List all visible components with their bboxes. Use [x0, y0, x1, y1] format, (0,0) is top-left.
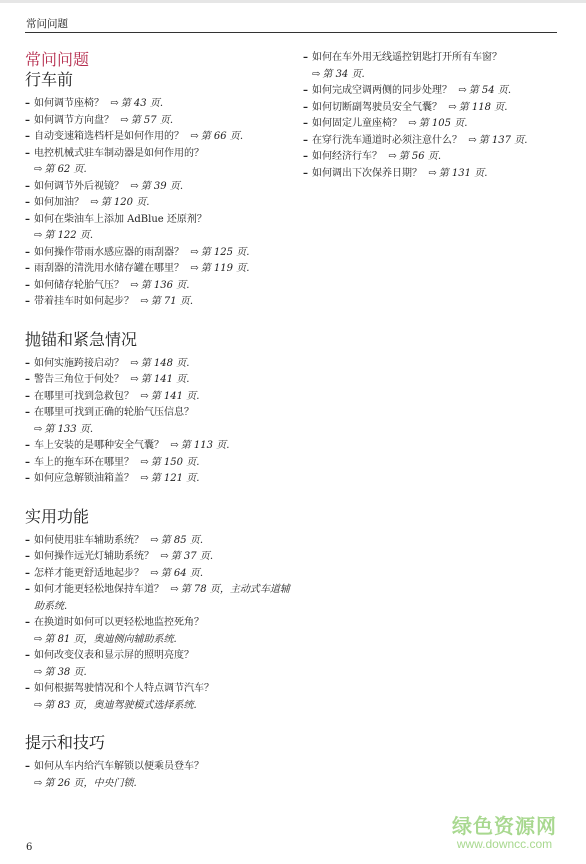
faq-item: –在哪里可找到正确的轮胎气压信息？⇨第 133 页. — [25, 405, 295, 438]
bullet-dash-icon: – — [303, 133, 308, 150]
page-reference-text: 第 125 页. — [201, 247, 250, 258]
bullet-dash-icon: – — [25, 549, 30, 566]
faq-question: 如何在车外用无线遥控钥匙打开所有车窗？ — [312, 52, 502, 63]
faq-list: –如何从车内给汽车解锁以便乘员登车？⇨第 26 页，中央门锁. — [25, 759, 295, 792]
bullet-dash-icon: – — [303, 149, 308, 166]
faq-question: 如何完成空调两侧的同步处理？ — [312, 85, 452, 96]
reference-arrow-icon: ⇨ — [428, 168, 436, 179]
faq-question: 如何使用驻车辅助系统？ — [34, 535, 144, 546]
faq-sections: 行车前–如何调节座椅？ ⇨第 43 页.–如何调节方向盘？ ⇨第 57 页.–自… — [25, 70, 295, 792]
page-reference-link[interactable]: ⇨第 66 页. — [190, 131, 243, 142]
faq-item: –如何在车外用无线遥控钥匙打开所有车窗？⇨第 34 页. — [303, 50, 573, 83]
bullet-dash-icon: – — [25, 195, 30, 212]
reference-arrow-icon: ⇨ — [34, 634, 42, 645]
faq-question: 如何经济行车？ — [312, 151, 382, 162]
faq-item: –如何固定儿童座椅？ ⇨第 105 页. — [303, 116, 573, 133]
faq-question: 如何从车内给汽车解锁以便乘员登车？ — [34, 761, 204, 772]
faq-item: –车上安装的是哪种安全气囊？ ⇨第 113 页. — [25, 438, 295, 455]
faq-item: –如何改变仪表和显示屏的照明亮度？⇨第 38 页. — [25, 648, 295, 681]
faq-item: –车上的拖车环在哪里？ ⇨第 150 页. — [25, 455, 295, 472]
reference-arrow-icon: ⇨ — [140, 473, 148, 484]
page-reference-link[interactable]: ⇨第 136 页. — [130, 280, 189, 291]
faq-question: 如何操作带雨水感应器的雨刮器？ — [34, 247, 184, 258]
page-reference-text: 第 66 页. — [201, 131, 243, 142]
faq-item: –如何应急解锁油箱盖？ ⇨第 121 页. — [25, 471, 295, 488]
faq-question: 在换道时如何可以更轻松地监控死角？ — [34, 617, 204, 628]
reference-arrow-icon: ⇨ — [34, 424, 42, 435]
running-head: 常问问题 — [26, 16, 68, 31]
reference-arrow-icon: ⇨ — [458, 85, 466, 96]
bullet-dash-icon: – — [303, 116, 308, 133]
faq-item: –在哪里可找到急救包？ ⇨第 141 页. — [25, 389, 295, 406]
reference-arrow-icon: ⇨ — [190, 131, 198, 142]
section-title: 行车前 — [25, 70, 295, 90]
page-reference-link[interactable]: ⇨第 120 页. — [90, 197, 149, 208]
bullet-dash-icon: – — [25, 261, 30, 278]
page-reference-link[interactable]: ⇨第 64 页. — [150, 568, 203, 579]
faq-item: –如何切断副驾驶员安全气囊？ ⇨第 118 页. — [303, 100, 573, 117]
bullet-dash-icon: – — [25, 566, 30, 583]
faq-item: –如何调节座椅？ ⇨第 43 页. — [25, 96, 295, 113]
page-reference-link[interactable]: ⇨第 105 页. — [408, 118, 467, 129]
bullet-dash-icon: – — [25, 471, 30, 488]
page-reference-link[interactable]: ⇨第 137 页. — [468, 135, 527, 146]
reference-arrow-icon: ⇨ — [408, 118, 416, 129]
faq-question: 车上安装的是哪种安全气囊？ — [34, 440, 164, 451]
page-reference-text: 第 118 页. — [459, 102, 508, 113]
faq-item: –警告三角位于何处？ ⇨第 141 页. — [25, 372, 295, 389]
page-reference-link[interactable]: ⇨第 37 页. — [160, 551, 213, 562]
page-reference-link[interactable]: ⇨第 85 页. — [150, 535, 203, 546]
reference-arrow-icon: ⇨ — [130, 280, 138, 291]
faq-question: 如何在柴油车上添加 AdBlue 还原剂？ — [34, 214, 207, 225]
page-reference-text: 第 54 页. — [469, 85, 511, 96]
faq-question: 如何操作远光灯辅助系统？ — [34, 551, 154, 562]
bullet-dash-icon: – — [25, 278, 30, 295]
bullet-dash-icon: – — [303, 100, 308, 117]
page-reference-text: 第 34 页. — [322, 69, 364, 80]
page-reference-link[interactable]: ⇨第 54 页. — [458, 85, 511, 96]
faq-question: 在哪里可找到正确的轮胎气压信息？ — [34, 407, 194, 418]
page-reference-text: 第 105 页. — [419, 118, 468, 129]
watermark-url: www.downcc.com — [452, 837, 557, 851]
faq-list-continued: –如何在车外用无线遥控钥匙打开所有车窗？⇨第 34 页.–如何完成空调两侧的同步… — [303, 50, 573, 182]
page-reference-text: 第 141 页. — [151, 391, 200, 402]
reference-arrow-icon: ⇨ — [448, 102, 456, 113]
reference-arrow-icon: ⇨ — [130, 358, 138, 369]
faq-list: –如何使用驻车辅助系统？ ⇨第 85 页.–如何操作远光灯辅助系统？ ⇨第 37… — [25, 533, 295, 715]
bullet-dash-icon: – — [25, 372, 30, 389]
bullet-dash-icon: – — [25, 179, 30, 196]
page-reference-link[interactable]: ⇨第 71 页. — [140, 296, 193, 307]
bullet-dash-icon: – — [25, 294, 30, 311]
bullet-dash-icon: – — [25, 681, 30, 698]
bullet-dash-icon: – — [25, 245, 30, 262]
reference-arrow-icon: ⇨ — [90, 197, 98, 208]
bullet-dash-icon: – — [25, 356, 30, 373]
reference-arrow-icon: ⇨ — [170, 584, 178, 595]
page-reference-text: 第 43 页. — [121, 98, 163, 109]
bullet-dash-icon: – — [303, 83, 308, 100]
page-reference-link[interactable]: ⇨第 39 页. — [130, 181, 183, 192]
faq-question: 警告三角位于何处？ — [34, 374, 124, 385]
faq-item: –如何调节方向盘？ ⇨第 57 页. — [25, 113, 295, 130]
reference-arrow-icon: ⇨ — [150, 568, 158, 579]
page-reference-link[interactable]: ⇨第 122 页. — [34, 230, 93, 241]
faq-question: 在穿行洗车通道时必须注意什么？ — [312, 135, 462, 146]
faq-item: –自动变速箱选档杆是如何作用的？ ⇨第 66 页. — [25, 129, 295, 146]
faq-item: –如何经济行车？ ⇨第 56 页. — [303, 149, 573, 166]
reference-arrow-icon: ⇨ — [388, 151, 396, 162]
reference-arrow-icon: ⇨ — [150, 535, 158, 546]
page-reference-text: 第 57 页. — [131, 115, 173, 126]
page-reference-link[interactable]: ⇨第 34 页. — [312, 69, 365, 80]
faq-item: –如何根据驾驶情况和个人特点调节汽车？⇨第 83 页，奥迪驾驶模式选择系统. — [25, 681, 295, 714]
page-reference-link[interactable]: ⇨第 113 页. — [170, 440, 229, 451]
faq-question: 如何改变仪表和显示屏的照明亮度？ — [34, 650, 194, 661]
faq-question: 如何应急解锁油箱盖？ — [34, 473, 134, 484]
page-reference-text: 第 26 页，中央门锁. — [44, 778, 136, 789]
faq-question: 自动变速箱选档杆是如何作用的？ — [34, 131, 184, 142]
faq-item: –如何操作远光灯辅助系统？ ⇨第 37 页. — [25, 549, 295, 566]
page-reference-link[interactable]: ⇨第 133 页. — [34, 424, 93, 435]
page-reference-text: 第 150 页. — [151, 457, 200, 468]
reference-arrow-icon: ⇨ — [34, 667, 42, 678]
faq-item: –怎样才能更舒适地起步？ ⇨第 64 页. — [25, 566, 295, 583]
faq-item: –电控机械式驻车制动器是如何作用的？⇨第 62 页. — [25, 146, 295, 179]
faq-item: –如何调节外后视镜？ ⇨第 39 页. — [25, 179, 295, 196]
faq-list: –如何调节座椅？ ⇨第 43 页.–如何调节方向盘？ ⇨第 57 页.–自动变速… — [25, 96, 295, 311]
faq-question: 在哪里可找到急救包？ — [34, 391, 134, 402]
faq-question: 如何才能更轻松地保持车道？ — [34, 584, 164, 595]
page-reference-link[interactable]: ⇨第 118 页. — [448, 102, 507, 113]
reference-arrow-icon: ⇨ — [130, 181, 138, 192]
faq-item: –在换道时如何可以更轻松地监控死角？⇨第 81 页，奥迪侧向辅助系统. — [25, 615, 295, 648]
faq-question: 如何加油？ — [34, 197, 84, 208]
page-reference-link[interactable]: ⇨第 141 页. — [130, 374, 189, 385]
page-reference-link[interactable]: ⇨第 125 页. — [190, 247, 249, 258]
faq-question: 如何调节座椅？ — [34, 98, 104, 109]
bullet-dash-icon: – — [25, 582, 30, 599]
bullet-dash-icon: – — [25, 129, 30, 146]
page-reference-text: 第 113 页. — [181, 440, 230, 451]
page-number: 6 — [26, 842, 32, 853]
page-reference-link[interactable]: ⇨第 38 页. — [34, 667, 87, 678]
page-reference-link[interactable]: ⇨第 83 页，奥迪驾驶模式选择系统. — [34, 700, 197, 711]
bullet-dash-icon: – — [25, 455, 30, 472]
bullet-dash-icon: – — [25, 438, 30, 455]
faq-list: –如何实施跨接启动？ ⇨第 148 页.–警告三角位于何处？ ⇨第 141 页.… — [25, 356, 295, 488]
bullet-dash-icon: – — [303, 50, 308, 67]
page-reference-link[interactable]: ⇨第 150 页. — [140, 457, 199, 468]
faq-item: –如何在柴油车上添加 AdBlue 还原剂？⇨第 122 页. — [25, 212, 295, 245]
page-reference-text: 第 122 页. — [44, 230, 93, 241]
page-reference-text: 第 56 页. — [399, 151, 441, 162]
bullet-dash-icon: – — [25, 113, 30, 130]
bullet-dash-icon: – — [25, 146, 30, 163]
page-reference-link[interactable]: ⇨第 148 页. — [130, 358, 189, 369]
reference-arrow-icon: ⇨ — [34, 230, 42, 241]
reference-arrow-icon: ⇨ — [140, 296, 148, 307]
left-column: 常问问题 行车前–如何调节座椅？ ⇨第 43 页.–如何调节方向盘？ ⇨第 57… — [25, 50, 295, 792]
bullet-dash-icon: – — [25, 533, 30, 550]
page-reference-text: 第 64 页. — [161, 568, 203, 579]
page-reference-text: 第 119 页. — [201, 263, 250, 274]
faq-question: 如何固定儿童座椅？ — [312, 118, 402, 129]
reference-arrow-icon: ⇨ — [190, 247, 198, 258]
page-reference-text: 第 62 页. — [44, 164, 86, 175]
faq-question: 如何调节外后视镜？ — [34, 181, 124, 192]
bullet-dash-icon: – — [25, 389, 30, 406]
reference-arrow-icon: ⇨ — [468, 135, 476, 146]
page-reference-text: 第 39 页. — [141, 181, 183, 192]
reference-arrow-icon: ⇨ — [312, 69, 320, 80]
section-title: 抛锚和紧急情况 — [25, 330, 295, 350]
page-reference-text: 第 137 页. — [479, 135, 528, 146]
page-reference-link[interactable]: ⇨第 141 页. — [140, 391, 199, 402]
page-title: 常问问题 — [25, 50, 295, 70]
page-top-border — [0, 0, 586, 3]
faq-question: 怎样才能更舒适地起步？ — [34, 568, 144, 579]
faq-question: 带着挂车时如何起步？ — [34, 296, 134, 307]
page-reference-text: 第 37 页. — [171, 551, 213, 562]
faq-question: 如何储存轮胎气压？ — [34, 280, 124, 291]
page-reference-text: 第 131 页. — [439, 168, 488, 179]
faq-item: –如何才能更轻松地保持车道？ ⇨第 78 页，主动式车道辅助系统. — [25, 582, 295, 615]
page-reference-text: 第 141 页. — [141, 374, 190, 385]
watermark: 绿色资源网 www.downcc.com — [452, 810, 557, 851]
faq-question: 如何根据驾驶情况和个人特点调节汽车？ — [34, 683, 214, 694]
faq-question: 如何调出下次保养日期？ — [312, 168, 422, 179]
reference-arrow-icon: ⇨ — [34, 700, 42, 711]
right-column: –如何在车外用无线遥控钥匙打开所有车窗？⇨第 34 页.–如何完成空调两侧的同步… — [303, 50, 573, 182]
bullet-dash-icon: – — [25, 759, 30, 776]
reference-arrow-icon: ⇨ — [120, 115, 128, 126]
page-reference-link[interactable]: ⇨第 26 页，中央门锁. — [34, 778, 137, 789]
bullet-dash-icon: – — [25, 96, 30, 113]
faq-item: –如何使用驻车辅助系统？ ⇨第 85 页. — [25, 533, 295, 550]
page-reference-text: 第 81 页，奥迪侧向辅助系统. — [44, 634, 176, 645]
reference-arrow-icon: ⇨ — [190, 263, 198, 274]
page-reference-link[interactable]: ⇨第 81 页，奥迪侧向辅助系统. — [34, 634, 177, 645]
reference-arrow-icon: ⇨ — [34, 164, 42, 175]
faq-question: 雨刮器的清洗用水储存罐在哪里？ — [34, 263, 184, 274]
bullet-dash-icon: – — [303, 166, 308, 183]
reference-arrow-icon: ⇨ — [130, 374, 138, 385]
faq-item: –雨刮器的清洗用水储存罐在哪里？ ⇨第 119 页. — [25, 261, 295, 278]
reference-arrow-icon: ⇨ — [110, 98, 118, 109]
faq-item: –如何调出下次保养日期？ ⇨第 131 页. — [303, 166, 573, 183]
page-reference-text: 第 120 页. — [101, 197, 150, 208]
bullet-dash-icon: – — [25, 212, 30, 229]
faq-question: 车上的拖车环在哪里？ — [34, 457, 134, 468]
faq-item: –如何储存轮胎气压？ ⇨第 136 页. — [25, 278, 295, 295]
faq-item: –带着挂车时如何起步？ ⇨第 71 页. — [25, 294, 295, 311]
page-reference-text: 第 133 页. — [44, 424, 93, 435]
page-reference-link[interactable]: ⇨第 43 页. — [110, 98, 163, 109]
faq-question: 电控机械式驻车制动器是如何作用的？ — [34, 148, 204, 159]
faq-item: –如何操作带雨水感应器的雨刮器？ ⇨第 125 页. — [25, 245, 295, 262]
watermark-name: 绿色资源网 — [452, 810, 557, 839]
page-reference-link[interactable]: ⇨第 119 页. — [190, 263, 249, 274]
page-reference-text: 第 136 页. — [141, 280, 190, 291]
bullet-dash-icon: – — [25, 648, 30, 665]
page-reference-text: 第 71 页. — [151, 296, 193, 307]
bullet-dash-icon: – — [25, 405, 30, 422]
page-reference-text: 第 121 页. — [151, 473, 200, 484]
page-reference-link[interactable]: ⇨第 121 页. — [140, 473, 199, 484]
reference-arrow-icon: ⇨ — [140, 391, 148, 402]
faq-item: –在穿行洗车通道时必须注意什么？ ⇨第 137 页. — [303, 133, 573, 150]
reference-arrow-icon: ⇨ — [160, 551, 168, 562]
page-reference-link[interactable]: ⇨第 57 页. — [120, 115, 173, 126]
faq-question: 如何调节方向盘？ — [34, 115, 114, 126]
page-reference-text: 第 38 页. — [44, 667, 86, 678]
page-reference-link[interactable]: ⇨第 56 页. — [388, 151, 441, 162]
page-reference-text: 第 83 页，奥迪驾驶模式选择系统. — [44, 700, 196, 711]
header-rule — [25, 32, 557, 33]
bullet-dash-icon: – — [25, 615, 30, 632]
page-reference-text: 第 85 页. — [161, 535, 203, 546]
reference-arrow-icon: ⇨ — [170, 440, 178, 451]
faq-question: 如何切断副驾驶员安全气囊？ — [312, 102, 442, 113]
faq-question: 如何实施跨接启动？ — [34, 358, 124, 369]
faq-item: –如何实施跨接启动？ ⇨第 148 页. — [25, 356, 295, 373]
faq-item: –如何完成空调两侧的同步处理？ ⇨第 54 页. — [303, 83, 573, 100]
reference-arrow-icon: ⇨ — [140, 457, 148, 468]
section-title: 实用功能 — [25, 507, 295, 527]
page-reference-text: 第 148 页. — [141, 358, 190, 369]
faq-item: –如何加油？ ⇨第 120 页. — [25, 195, 295, 212]
faq-item: –如何从车内给汽车解锁以便乘员登车？⇨第 26 页，中央门锁. — [25, 759, 295, 792]
page-reference-link[interactable]: ⇨第 131 页. — [428, 168, 487, 179]
page-reference-link[interactable]: ⇨第 62 页. — [34, 164, 87, 175]
reference-arrow-icon: ⇨ — [34, 778, 42, 789]
section-title: 提示和技巧 — [25, 733, 295, 753]
